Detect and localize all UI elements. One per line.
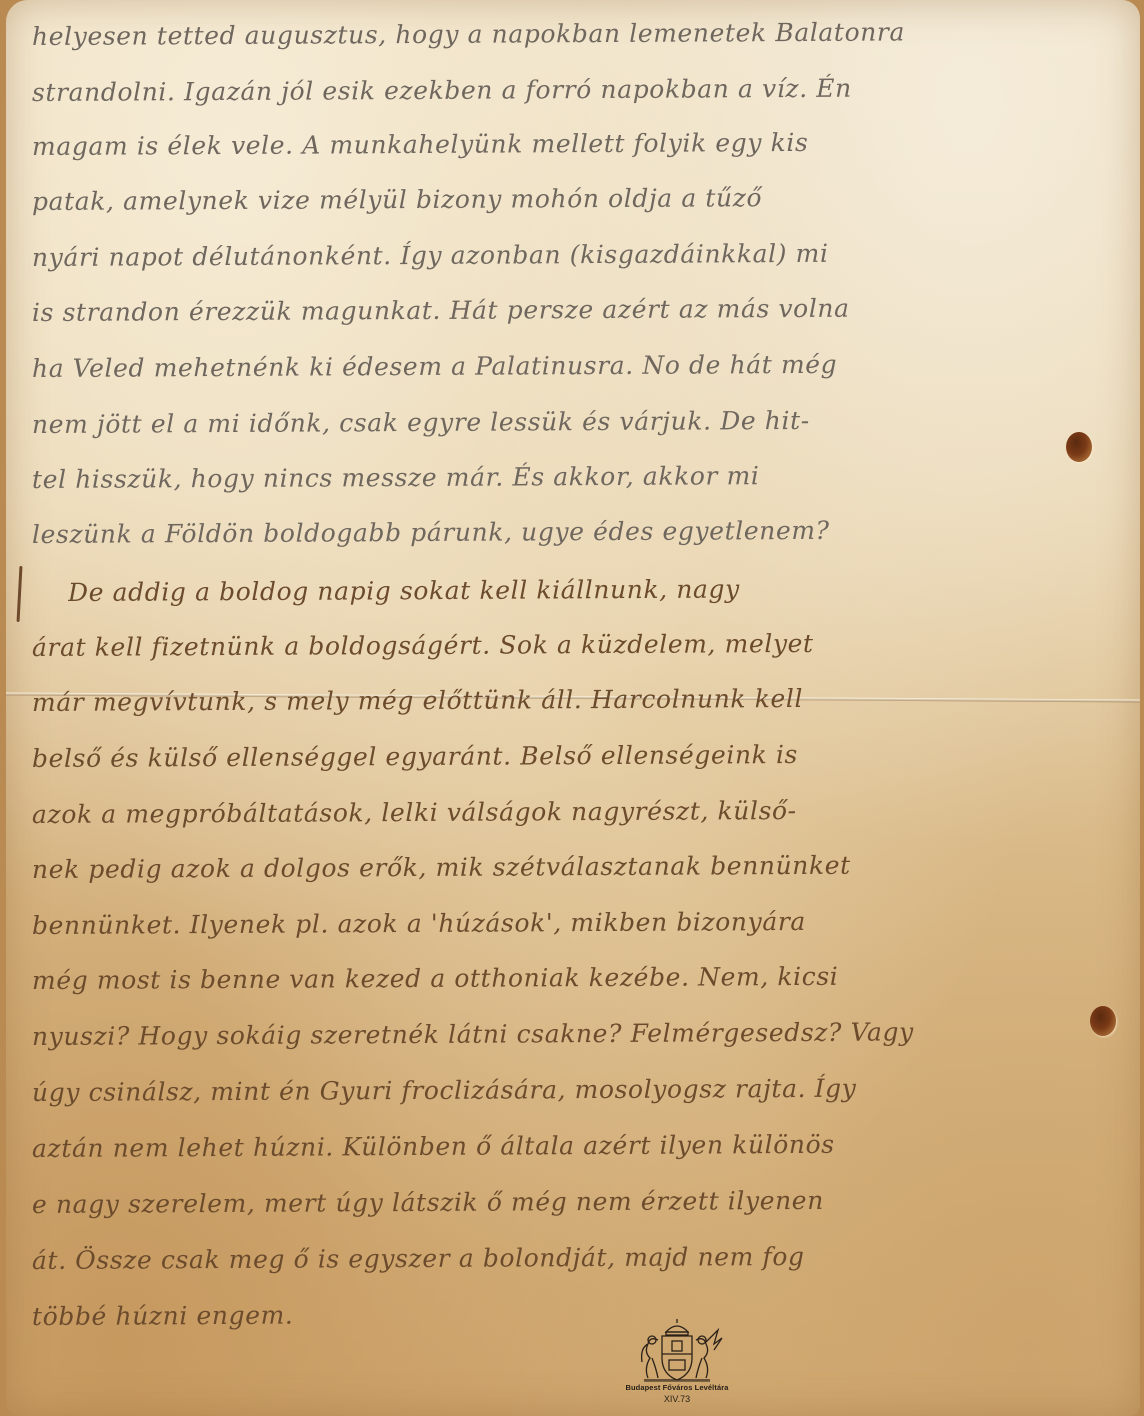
letter-line: árat kell fizetnünk a boldogságért. Sok … [32, 627, 1122, 662]
letter-line: magam is élek vele. A munkahelyünk melle… [32, 126, 1122, 161]
letter-line: már megvívtunk, s mely még előttünk áll.… [32, 682, 1122, 717]
letter-line: többé húzni engem. [32, 1299, 552, 1331]
letter-line: át. Össze csak meg ő is egyszer a bolond… [32, 1240, 1122, 1275]
letter-line: ha Veled mehetnénk ki édesem a Palatinus… [32, 348, 1122, 383]
letter-line: belső és külső ellenséggel egyaránt. Bel… [32, 738, 1122, 773]
letter-line: nyuszi? Hogy sokáig szeretnék látni csak… [32, 1016, 1122, 1051]
budapest-coat-of-arms-icon [622, 1318, 732, 1382]
letter-line: leszünk a Földön boldogabb párunk, ugye … [32, 514, 1122, 549]
letter-line: nem jött el a mi időnk, csak egyre lessü… [32, 404, 1122, 439]
letter-page: helyesen tetted augusztus, hogy a napokb… [6, 0, 1140, 1416]
letter-line: aztán nem lehet húzni. Különben ő általa… [32, 1128, 1122, 1163]
letter-line: De addig a boldog napig sokat kell kiáll… [68, 572, 1144, 607]
letter-line: strandolni. Igazán jól esik ezekben a fo… [32, 72, 1122, 107]
letter-line: helyesen tetted augusztus, hogy a napokb… [32, 16, 1122, 51]
letter-line: nyári napot délutánonként. Így azonban (… [32, 237, 1122, 272]
letter-line: még most is benne van kezed a otthoniak … [32, 960, 1122, 995]
letter-line: e nagy szerelem, mert úgy látszik ő még … [32, 1184, 1122, 1219]
letter-line: patak, amelynek vize mélyül bizony mohón… [32, 181, 1122, 216]
archive-name: Budapest Főváros Levéltára [602, 1383, 752, 1392]
letter-line: azok a megpróbáltatások, lelki válságok … [32, 794, 1122, 829]
letter-line: is strandon érezzük magunkat. Hát persze… [32, 292, 1122, 327]
archive-reference: XIV.73 [602, 1394, 752, 1404]
archive-stamp: Budapest Főváros Levéltára XIV.73 [602, 1318, 752, 1416]
letter-line: tel hisszük, hogy nincs messze már. És a… [32, 459, 1122, 494]
letter-line: úgy csinálsz, mint én Gyuri froclizására… [32, 1072, 1122, 1107]
letter-line: bennünket. Ilyenek pl. azok a 'húzások',… [32, 905, 1122, 940]
letter-line: nek pedig azok a dolgos erők, mik szétvá… [32, 849, 1122, 884]
letter-body: helyesen tetted augusztus, hogy a napokb… [6, 0, 1140, 1416]
